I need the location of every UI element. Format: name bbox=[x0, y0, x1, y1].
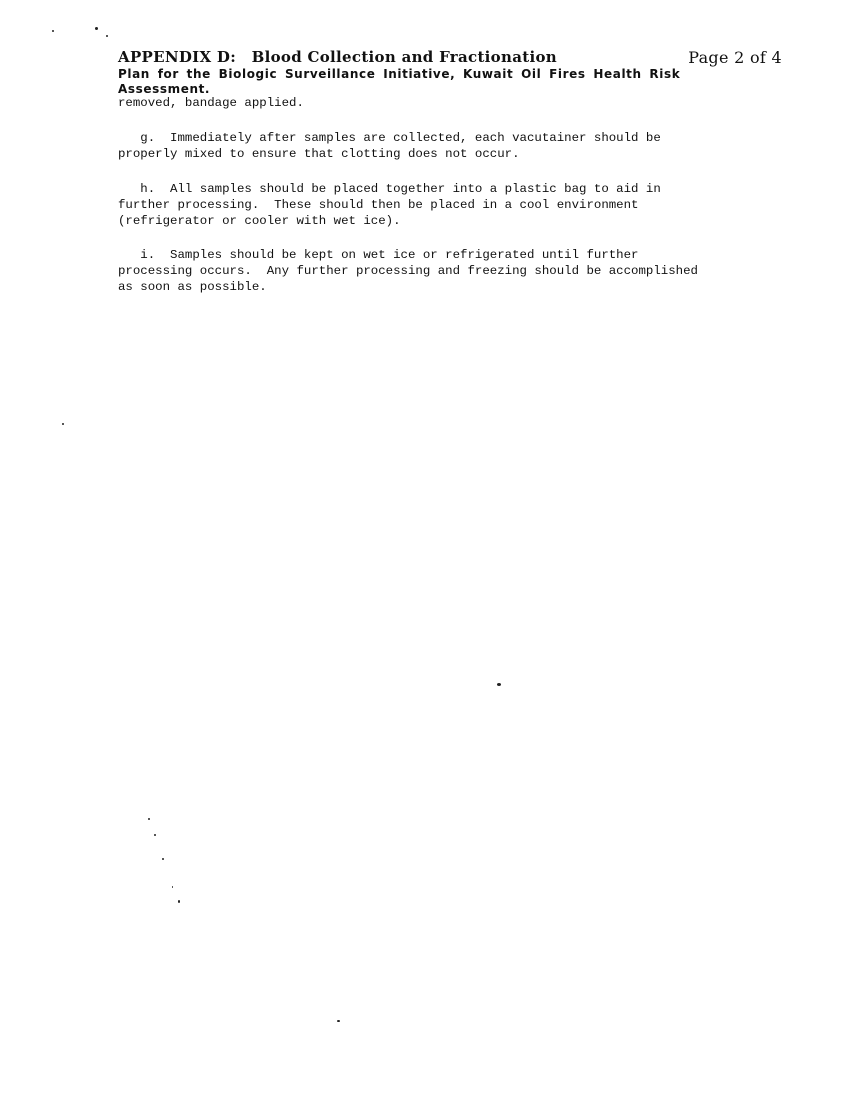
scan-speck bbox=[95, 27, 98, 30]
paragraph-line: h. All samples should be placed together… bbox=[118, 181, 798, 198]
plan-subtitle: Plan for the Biologic Surveillance Initi… bbox=[118, 67, 738, 97]
scan-speck bbox=[62, 423, 64, 425]
scan-speck bbox=[106, 35, 108, 37]
paragraph-line: further processing. These should then be… bbox=[118, 197, 798, 214]
scan-speck bbox=[154, 834, 156, 836]
paragraph-line: as soon as possible. bbox=[118, 279, 798, 296]
appendix-header: APPENDIX D: Blood Collection and Fractio… bbox=[118, 48, 782, 67]
paragraph-line: (refrigerator or cooler with wet ice). bbox=[118, 213, 798, 230]
paragraph-line: i. Samples should be kept on wet ice or … bbox=[118, 247, 798, 264]
appendix-title: Blood Collection and Fractionation bbox=[252, 48, 557, 66]
page-number: Page 2 of 4 bbox=[688, 48, 782, 67]
scan-speck bbox=[337, 1020, 340, 1022]
document-page: APPENDIX D: Blood Collection and Fractio… bbox=[0, 0, 850, 1107]
scan-speck bbox=[178, 900, 180, 903]
paragraph-line: processing occurs. Any further processin… bbox=[118, 263, 798, 280]
paragraph-line: properly mixed to ensure that clotting d… bbox=[118, 146, 798, 163]
scan-speck bbox=[497, 683, 501, 686]
scan-speck bbox=[148, 818, 150, 820]
scan-speck bbox=[162, 858, 164, 860]
scan-speck bbox=[172, 886, 173, 888]
paragraph-line: g. Immediately after samples are collect… bbox=[118, 130, 798, 147]
scan-speck bbox=[52, 30, 54, 32]
appendix-title-group: APPENDIX D: Blood Collection and Fractio… bbox=[118, 48, 567, 67]
appendix-label: APPENDIX D: bbox=[118, 48, 236, 66]
plan-subtitle-line: Plan for the Biologic Surveillance Initi… bbox=[118, 67, 738, 82]
continuation-text: removed, bandage applied. bbox=[118, 95, 798, 112]
